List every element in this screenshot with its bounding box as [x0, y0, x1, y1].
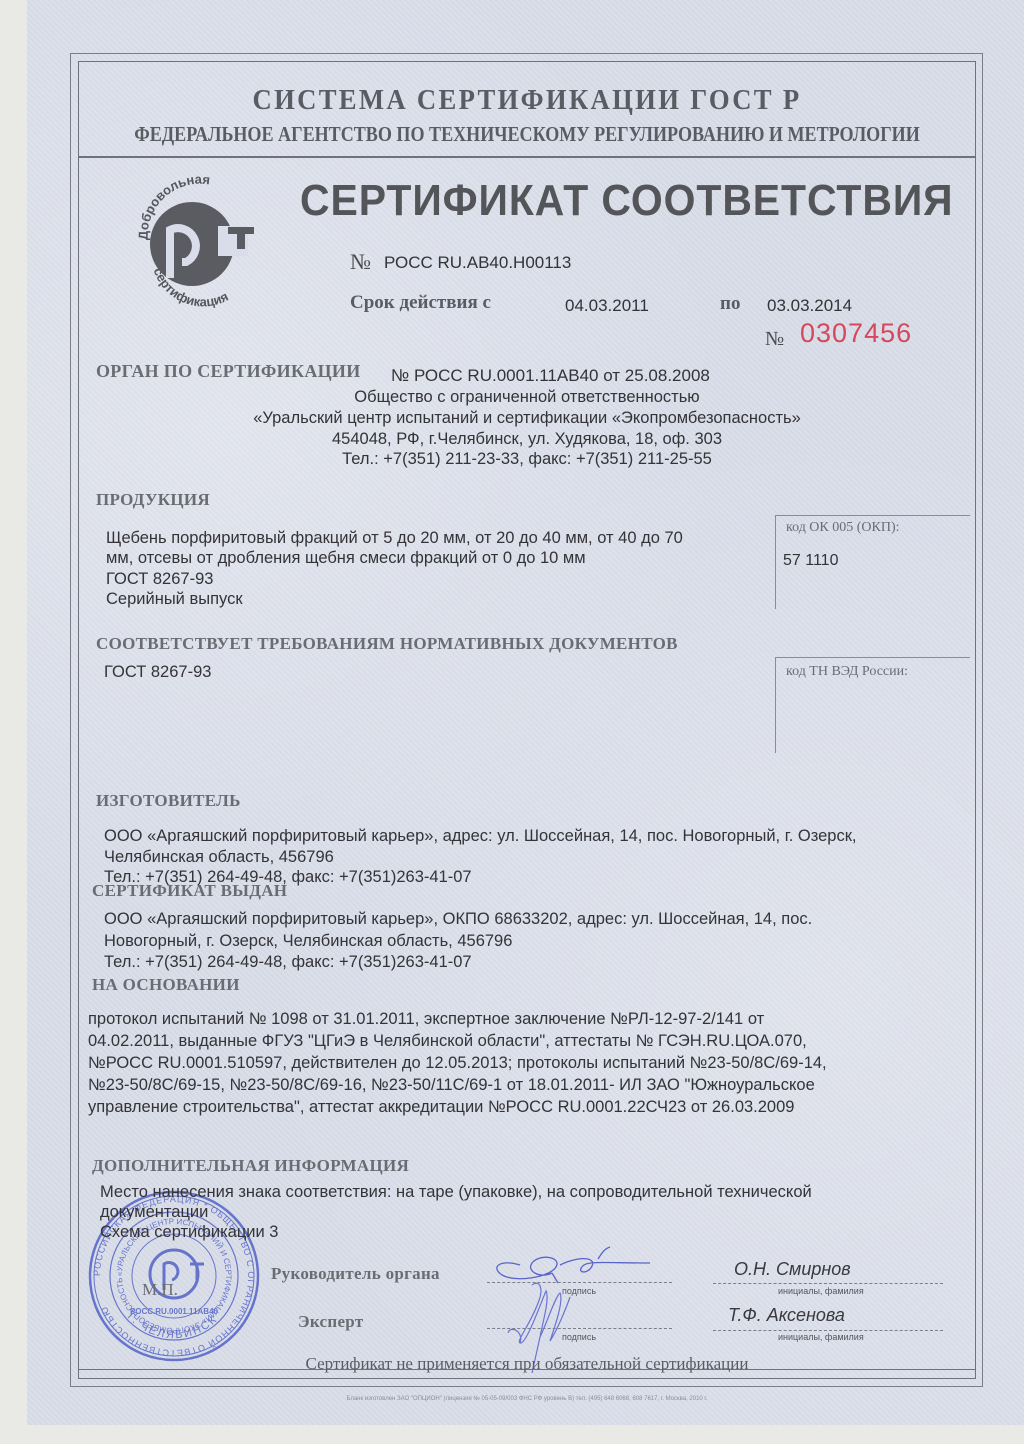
- additional-info-label: ДОПОЛНИТЕЛЬНАЯ ИНФОРМАЦИЯ: [92, 1156, 409, 1176]
- valid-to: 03.03.2014: [767, 296, 852, 316]
- seal-label: М.П.: [142, 1280, 178, 1300]
- certification-body-line: «Уральский центр испытаний и сертификаци…: [0, 407, 1024, 429]
- head-name: О.Н. Смирнов: [734, 1259, 851, 1280]
- issued-to-line: Тел.: +7(351) 264-49-48, факс: +7(351)26…: [104, 951, 472, 973]
- additional-info-line: документации: [100, 1201, 208, 1223]
- basis-line: 04.02.2011, выданные ФГУЗ "ЦГиЭ в Челяби…: [88, 1030, 807, 1052]
- okp-value: 57 1110: [783, 552, 838, 570]
- number-sign: №: [350, 249, 371, 275]
- product-line: мм, отсевы от дробления щебня смеси фрак…: [106, 547, 586, 569]
- tnved-label: код ТН ВЭД России:: [786, 664, 908, 680]
- head-name-caption: инициалы, фамилия: [778, 1286, 864, 1296]
- header-divider: [78, 156, 976, 158]
- valid-from: 04.03.2011: [565, 296, 649, 316]
- validity-label: Срок действия с: [350, 292, 491, 314]
- manufacturer-label: ИЗГОТОВИТЕЛЬ: [96, 791, 241, 811]
- certification-body-label: ОРГАН ПО СЕРТИФИКАЦИИ: [96, 361, 361, 382]
- system-title: СИСТЕМА СЕРТИФИКАЦИИ ГОСТ Р: [42, 84, 1012, 117]
- issued-to-line: Новогорный, г. Озерск, Челябинская облас…: [104, 930, 512, 952]
- basis-line: №23-50/8С/69-15, №23-50/8С/69-16, №23-50…: [88, 1074, 815, 1096]
- certification-body-registration: № РОСС RU.0001.11АВ40 от 25.08.2008: [391, 366, 710, 386]
- head-label: Руководитель органа: [271, 1264, 440, 1284]
- certificate-title: СЕРТИФИКАТ СООТВЕТСТВИЯ: [300, 176, 954, 226]
- certificate-number: РОСС RU.АВ40.Н00113: [384, 253, 571, 273]
- expert-name-caption: инициалы, фамилия: [778, 1332, 864, 1342]
- expert-name-line: [713, 1330, 943, 1331]
- basis-line: протокол испытаний № 1098 от 31.01.2011,…: [88, 1008, 764, 1030]
- okp-label: код ОК 005 (ОКП):: [786, 520, 900, 536]
- certification-body-line: Тел.: +7(351) 211-23-33, факс: +7(351) 2…: [0, 448, 1024, 470]
- manufacturer-line: Челябинская область, 456796: [104, 846, 334, 868]
- certification-body-line: Общество с ограниченной ответственностью: [0, 386, 1024, 408]
- basis-line: управление строительства", аттестат аккр…: [88, 1096, 794, 1118]
- blank-number: 0307456: [800, 318, 912, 349]
- expert-name: Т.Ф. Аксенова: [728, 1305, 845, 1326]
- issued-to-label: СЕРТИФИКАТ ВЫДАН: [92, 881, 287, 901]
- printer-info: Бланк изготовлен ЗАО "ОПЦИОН" (лицензия …: [0, 1396, 1024, 1402]
- blank-number-sign: №: [765, 328, 784, 351]
- svg-text:РОСС.RU.0001.11АВ40: РОСС.RU.0001.11АВ40: [130, 1307, 218, 1316]
- issued-to-line: ООО «Аргаяшский порфиритовый карьер», ОК…: [104, 908, 812, 930]
- product-line: Щебень порфиритовый фракций от 5 до 20 м…: [106, 527, 683, 549]
- additional-info-line: Место нанесения знака соответствия: на т…: [100, 1181, 812, 1203]
- conformity-label: СООТВЕТСТВУЕТ ТРЕБОВАНИЯМ НОРМАТИВНЫХ ДО…: [96, 634, 678, 654]
- expert-label: Эксперт: [298, 1312, 363, 1332]
- to-label: по: [720, 293, 740, 315]
- head-name-line: [713, 1283, 943, 1284]
- additional-info-line: Схема сертификации 3: [100, 1221, 278, 1243]
- conformity-standard: ГОСТ 8267-93: [104, 661, 211, 683]
- certification-body-line: 454048, РФ, г.Челябинск, ул. Худякова, 1…: [0, 428, 1024, 450]
- rst-logo-icon: Добровольная сертификация: [130, 172, 270, 308]
- basis-line: №РОСС RU.0001.510597, действителен до 12…: [88, 1052, 827, 1074]
- manufacturer-line: ООО «Аргаяшский порфиритовый карьер», ад…: [104, 825, 857, 847]
- agency-name: ФЕДЕРАЛЬНОЕ АГЕНТСТВО ПО ТЕХНИЧЕСКОМУ РЕ…: [74, 122, 980, 147]
- product-line: Серийный выпуск: [106, 588, 243, 610]
- product-label: ПРОДУКЦИЯ: [96, 490, 210, 510]
- basis-label: НА ОСНОВАНИИ: [92, 975, 240, 995]
- product-line: ГОСТ 8267-93: [106, 568, 213, 590]
- footer-note: Сертификат не применяется при обязательн…: [0, 1354, 1024, 1374]
